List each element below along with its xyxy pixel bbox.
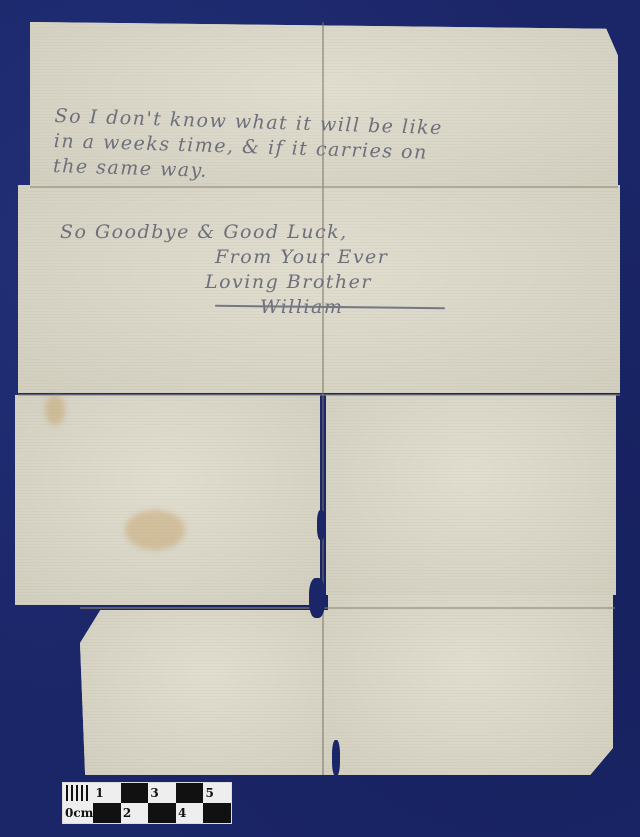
- scale-bar: 1 3 5 0cm 2 4: [62, 782, 232, 824]
- tear-hole: [332, 740, 340, 776]
- horizontal-fold: [80, 607, 615, 609]
- scale-label: 5: [203, 783, 231, 803]
- tear-hole: [317, 510, 325, 540]
- letter-fragment-middle-left: [15, 395, 320, 605]
- scale-cell: [203, 803, 231, 823]
- letter-fragment-bottom-left: [80, 610, 335, 775]
- scale-label: 2: [121, 803, 149, 823]
- scale-unit: 0cm: [63, 803, 93, 823]
- scale-cell: [93, 803, 121, 823]
- closing-line: Loving Brother: [205, 270, 388, 295]
- scale-ticks: [63, 783, 93, 803]
- tear-hole: [309, 578, 325, 618]
- scale-label: 4: [176, 803, 204, 823]
- horizontal-fold: [18, 394, 620, 396]
- stain: [45, 395, 65, 425]
- scale-cell: [121, 783, 149, 803]
- stain: [125, 510, 185, 550]
- closing-line: So Goodbye & Good Luck,: [60, 220, 388, 245]
- letter-fragment-bottom-right: [328, 595, 613, 775]
- scale-label: 3: [148, 783, 176, 803]
- scale-cell: [176, 783, 204, 803]
- scale-label: 1: [93, 783, 121, 803]
- letter-fragment-middle-right: [326, 395, 616, 595]
- scale-cell: [148, 803, 176, 823]
- closing-line: From Your Ever: [215, 245, 388, 270]
